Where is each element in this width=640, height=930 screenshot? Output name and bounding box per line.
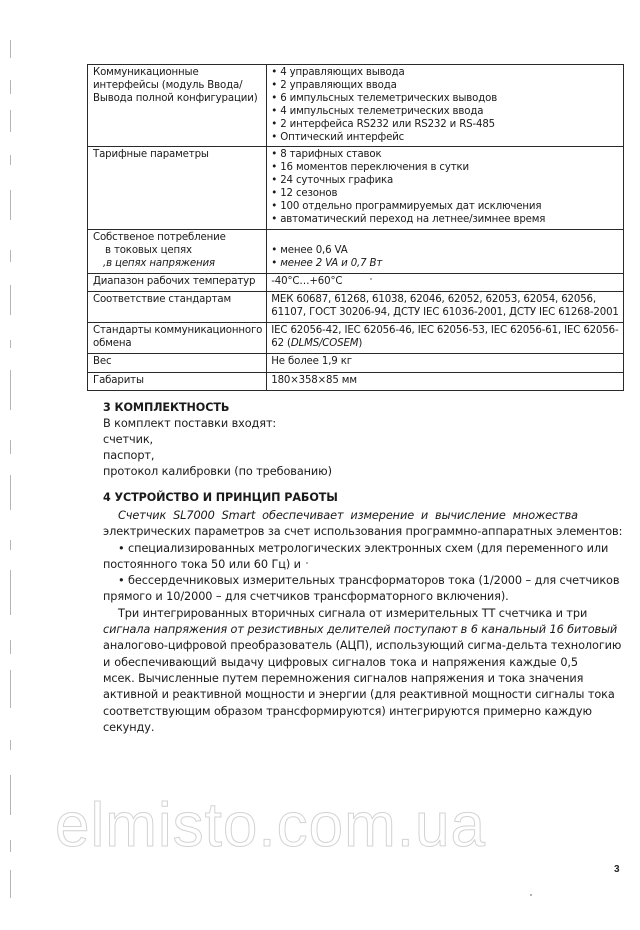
table-row: Диапазон рабочих температур -40°C…+60°C: [88, 273, 624, 291]
completeness-item-calibration-protocol: протокол калибровки (по требованию): [103, 464, 332, 480]
section-heading-completeness: 3 КОМПЛЕКТНОСТЬ: [103, 401, 229, 414]
watermark: elmisto.com.ua: [55, 790, 486, 861]
body-line: • бессердечниковых измерительных трансфо…: [103, 573, 578, 589]
body-line: • специализированных метрологических эле…: [103, 541, 578, 557]
spec-key-power-consumption: Собственое потребление в токовых цепях ,…: [88, 229, 267, 273]
completeness-item-meter: счетчик,: [103, 432, 153, 448]
body-line: прямого и 10/2000 – для счетчиков трансф…: [103, 589, 578, 605]
completeness-item-passport: паспорт,: [103, 448, 154, 464]
spec-key-communication-standards: Стандарты коммуникационного обмена: [88, 322, 267, 353]
table-row: Вес Не более 1,9 кг: [88, 353, 624, 372]
table-row: Коммуникационные интерфейсы (модуль Ввод…: [88, 65, 624, 147]
body-line: мсек. Вычисленные путем перемножения сиг…: [103, 671, 578, 687]
spec-key-dimensions: Габариты: [88, 372, 267, 390]
body-line: и обеспечивающий выдачу цифровых сигнало…: [103, 655, 578, 671]
spec-value-weight: Не более 1,9 кг: [267, 353, 623, 372]
section4-body: Счетчик SL7000 Smart обеспечивает измере…: [103, 508, 578, 736]
table-row: Тарифные параметры • 8 тарифных ставок •…: [88, 147, 624, 229]
completeness-intro: В комплект поставки входят:: [103, 416, 276, 432]
spec-key-standards-compliance: Соответствие стандартам: [88, 291, 267, 322]
body-line: электрических параметров за счет использ…: [103, 524, 578, 540]
scan-speck: [370, 278, 372, 280]
body-line: постоянного тока 50 или 60 Гц) и: [103, 557, 578, 573]
spec-value-tariff-parameters: • 8 тарифных ставок • 16 моментов перекл…: [267, 147, 623, 229]
scan-speck: [302, 358, 304, 360]
body-line: секунду.: [103, 720, 578, 736]
body-line: Счетчик SL7000 Smart обеспечивает измере…: [103, 508, 578, 524]
spec-key-temperature-range: Диапазон рабочих температур: [88, 273, 267, 291]
scan-speck: [530, 894, 532, 896]
spec-key-weight: Вес: [88, 353, 267, 372]
body-line: соответствующим образом трансформируются…: [103, 704, 578, 720]
spec-value-communication-interfaces: • 4 управляющих вывода • 2 управляющих в…: [267, 65, 623, 147]
scan-margin-marks: [8, 40, 14, 900]
spec-key-tariff-parameters: Тарифные параметры: [88, 147, 267, 229]
table-row: Собственое потребление в токовых цепях ,…: [88, 229, 624, 273]
spec-value-dimensions: 180×358×85 мм: [267, 372, 623, 390]
spec-value-communication-standards: IEC 62056-42, IEC 62056-46, IEC 62056-53…: [267, 322, 623, 353]
body-line: аналогово-цифровой преобразователь (АЦП)…: [103, 638, 578, 654]
table-row: Стандарты коммуникационного обмена IEC 6…: [88, 322, 624, 353]
body-line: Три интегрированных вторичных сигнала от…: [103, 606, 578, 622]
body-line: сигнала напряжения от резистивных делите…: [103, 622, 578, 638]
spec-value-standards-compliance: МЕК 60687, 61268, 61038, 62046, 62052, 6…: [267, 291, 623, 322]
table-row: Соответствие стандартам МЕК 60687, 61268…: [88, 291, 624, 322]
body-line: активной и реактивной мощности и энергии…: [103, 687, 578, 703]
spec-value-power-consumption: • менее 0,6 VA • менее 2 VA и 0,7 Вт: [267, 229, 623, 273]
table-row: Габариты 180×358×85 мм: [88, 372, 624, 390]
spec-value-temperature-range: -40°C…+60°C: [267, 273, 623, 291]
spec-key-communication-interfaces: Коммуникационные интерфейсы (модуль Ввод…: [88, 65, 267, 147]
specifications-table: Коммуникационные интерфейсы (модуль Ввод…: [87, 64, 624, 391]
section-heading-design-principle: 4 УСТРОЙСТВО И ПРИНЦИП РАБОТЫ: [103, 491, 338, 504]
page-number: 3: [614, 864, 620, 875]
scan-speck: [306, 562, 308, 564]
